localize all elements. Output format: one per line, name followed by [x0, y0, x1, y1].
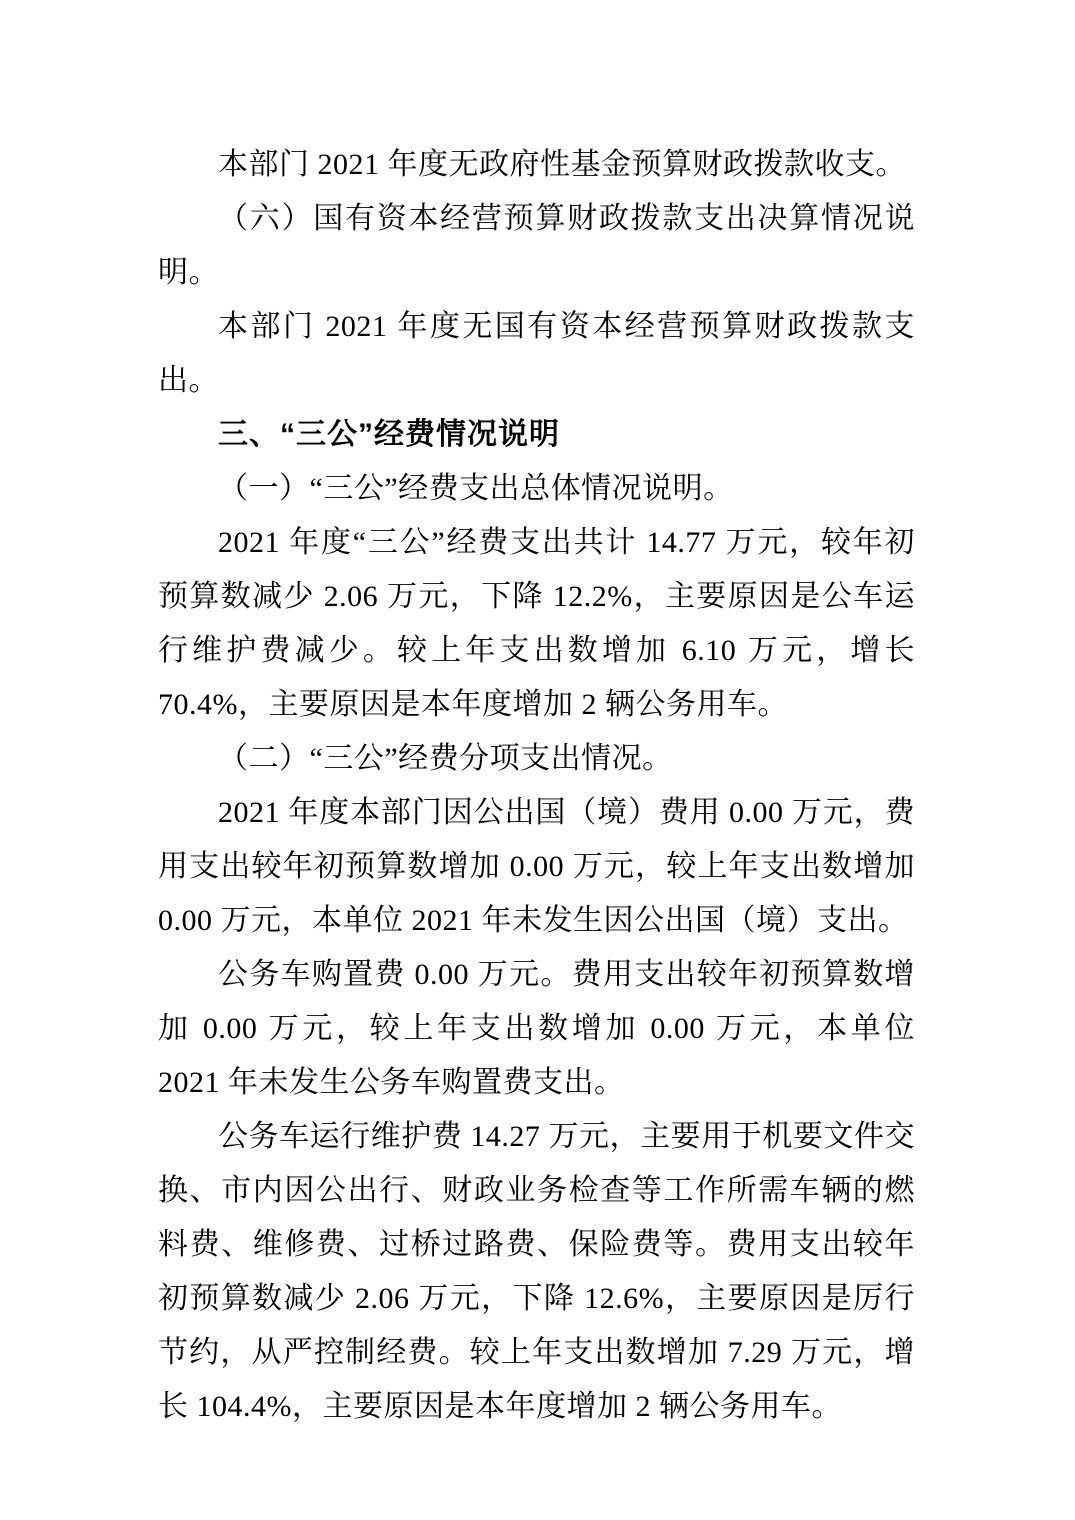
document-page: { "page": { "background_color": "#ffffff… [0, 0, 1075, 1520]
section-heading-three-publics: 三、“三公”经费情况说明 [158, 408, 915, 462]
page: 本部门 2021 年度无政府性基金预算财政拨款收支。 （六）国有资本经营预算财政… [0, 0, 1075, 1520]
paragraph-vehicle-purchase: 公务车购置费 0.00 万元。费用支出较年初预算数增加 0.00 万元，较上年支… [158, 948, 915, 1110]
paragraph-overall-expenses: 2021 年度“三公”经费支出共计 14.77 万元，较年初预算数减少 2.06… [158, 516, 915, 732]
paragraph-subsection-two-title: （二）“三公”经费分项支出情况。 [158, 732, 915, 786]
paragraph-subsection-one-title: （一）“三公”经费支出总体情况说明。 [158, 462, 915, 516]
paragraph-overseas-travel: 2021 年度本部门因公出国（境）费用 0.00 万元，费用支出较年初预算数增加… [158, 786, 915, 948]
paragraph-section-six-title: （六）国有资本经营预算财政拨款支出决算情况说明。 [158, 192, 915, 300]
paragraph-vehicle-maintenance: 公务车运行维护费 14.27 万元，主要用于机要文件交换、市内因公出行、财政业务… [158, 1110, 915, 1434]
paragraph-no-gov-fund: 本部门 2021 年度无政府性基金预算财政拨款收支。 [158, 138, 915, 192]
document-body: 本部门 2021 年度无政府性基金预算财政拨款收支。 （六）国有资本经营预算财政… [158, 138, 915, 1434]
paragraph-no-state-capital: 本部门 2021 年度无国有资本经营预算财政拨款支出。 [158, 300, 915, 408]
